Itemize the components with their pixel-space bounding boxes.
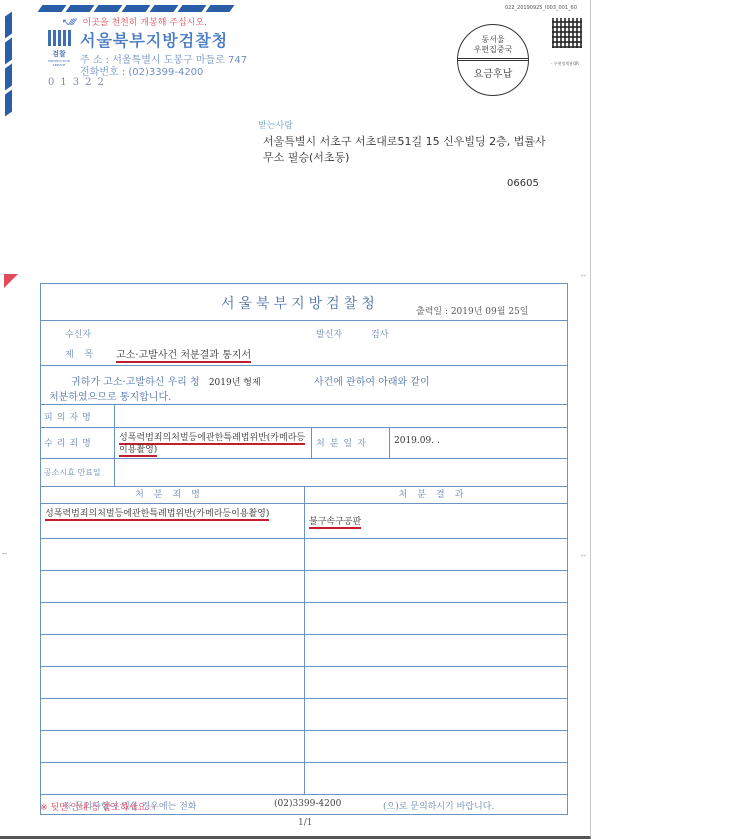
page-number: 1/1 — [298, 818, 312, 828]
suspect-label: 피의자명 — [41, 405, 115, 427]
arrow-icon: ↖⁄⁄⁄⁄ — [62, 18, 76, 28]
scan-tick-mark: -- — [2, 550, 7, 558]
recipient-field-label: 수신자 — [65, 327, 91, 340]
charge-value: 성폭력범죄의처벌등에관한특례법위반(카메라등이용촬영) — [115, 428, 312, 458]
disposition-table-header: 처분죄명 처분결과 — [41, 487, 567, 504]
corner-marker-icon — [4, 274, 18, 288]
charge-label: 수리죄명 — [41, 428, 115, 458]
sender-field-label: 발신자 — [316, 327, 342, 340]
notice-message: 귀하가 고소·고발하신 우리 청 2019년 형제 사건에 관하여 아래와 같이… — [41, 366, 567, 405]
table-row — [41, 699, 567, 731]
footer-inquiry-end: (으)로 문의하시기 바랍니다. — [383, 799, 494, 812]
subject-field-value: 고소·고발사건 처분결과 통지서 — [116, 346, 251, 363]
statute-value — [115, 459, 567, 486]
footer-phone: (02)3399-4200 — [274, 799, 341, 809]
print-date: 출력일 : 2019년 09월 25일 — [416, 304, 528, 317]
table-row — [41, 635, 567, 667]
recipient-address: 서울특별시 서초구 서초대로51길 15 신우빌딩 2층, 법률사무소 필승(서… — [263, 134, 553, 166]
document-id: 022_20190925_I003_001_60 — [505, 5, 577, 11]
disposition-date-value: 2019.09. . — [390, 428, 567, 458]
form-title: 서울북부지방검찰청 — [221, 293, 379, 313]
disposition-notice-form: 서울북부지방검찰청 출력일 : 2019년 09월 25일 수신자 발신자 검사… — [40, 283, 568, 815]
qr-code-icon — [552, 18, 582, 48]
suspect-value — [115, 405, 567, 427]
recipient-subject-row: 수신자 발신자 검사 제 목 고소·고발사건 처분결과 통지서 — [41, 321, 567, 366]
back-page-note: ※ 뒷면 안내 등 참조하세요.☞ — [40, 800, 157, 813]
subject-field-label: 제 목 — [65, 347, 97, 360]
disposition-date-label: 처분일자 — [312, 428, 390, 458]
suspect-row: 피의자명 — [41, 405, 567, 428]
form-header: 서울북부지방검찰청 출력일 : 2019년 09월 25일 — [41, 284, 567, 321]
sender-name: 서울북부지방검찰청 — [80, 28, 228, 51]
scan-tick-mark: -- — [581, 552, 586, 560]
statute-row: 공소시효 만료일 — [41, 459, 567, 487]
recipient-zip: 06605 — [507, 178, 539, 189]
table-row — [41, 731, 567, 763]
sender-field-value: 검사 — [371, 327, 388, 340]
qr-label: - 우편정책용QR — [551, 61, 579, 67]
prosecution-logo: 검찰 PROSECUTION SERVICE — [44, 30, 74, 67]
header-charge: 처분죄명 — [41, 487, 305, 503]
table-row — [41, 763, 567, 795]
sender-zip: 01322 — [48, 77, 110, 88]
sender-phone: 전화번호 : (02)3399-4200 — [80, 63, 203, 78]
postmark-stamp: 동서울 우편집중국 요금후납 — [457, 24, 529, 96]
recipient-label: 받는사람 — [258, 118, 293, 131]
table-row — [41, 571, 567, 603]
table-row — [41, 603, 567, 635]
charge-row: 수리죄명 성폭력범죄의처벌등에관한특례법위반(카메라등이용촬영) 처분일자 20… — [41, 428, 567, 459]
table-row: 성폭력범죄의처벌등에관한특례법위반(카메라등이용촬영) 불구속구공판 — [41, 504, 567, 539]
scan-tick-mark: -- — [581, 272, 586, 280]
disposition-table: 처분죄명 처분결과 성폭력범죄의처벌등에관한특례법위반(카메라등이용촬영) 불구… — [41, 487, 567, 795]
scanned-page: ↖⁄⁄⁄⁄ 이곳을 천천히 개봉해 주십시오. 검찰 PROSECUTION S… — [0, 0, 591, 839]
table-row — [41, 667, 567, 699]
statute-label: 공소시효 만료일 — [41, 459, 115, 486]
table-row — [41, 539, 567, 571]
open-here-notice: ↖⁄⁄⁄⁄ 이곳을 천천히 개봉해 주십시오. — [62, 15, 207, 28]
header-result: 처분결과 — [305, 487, 567, 503]
